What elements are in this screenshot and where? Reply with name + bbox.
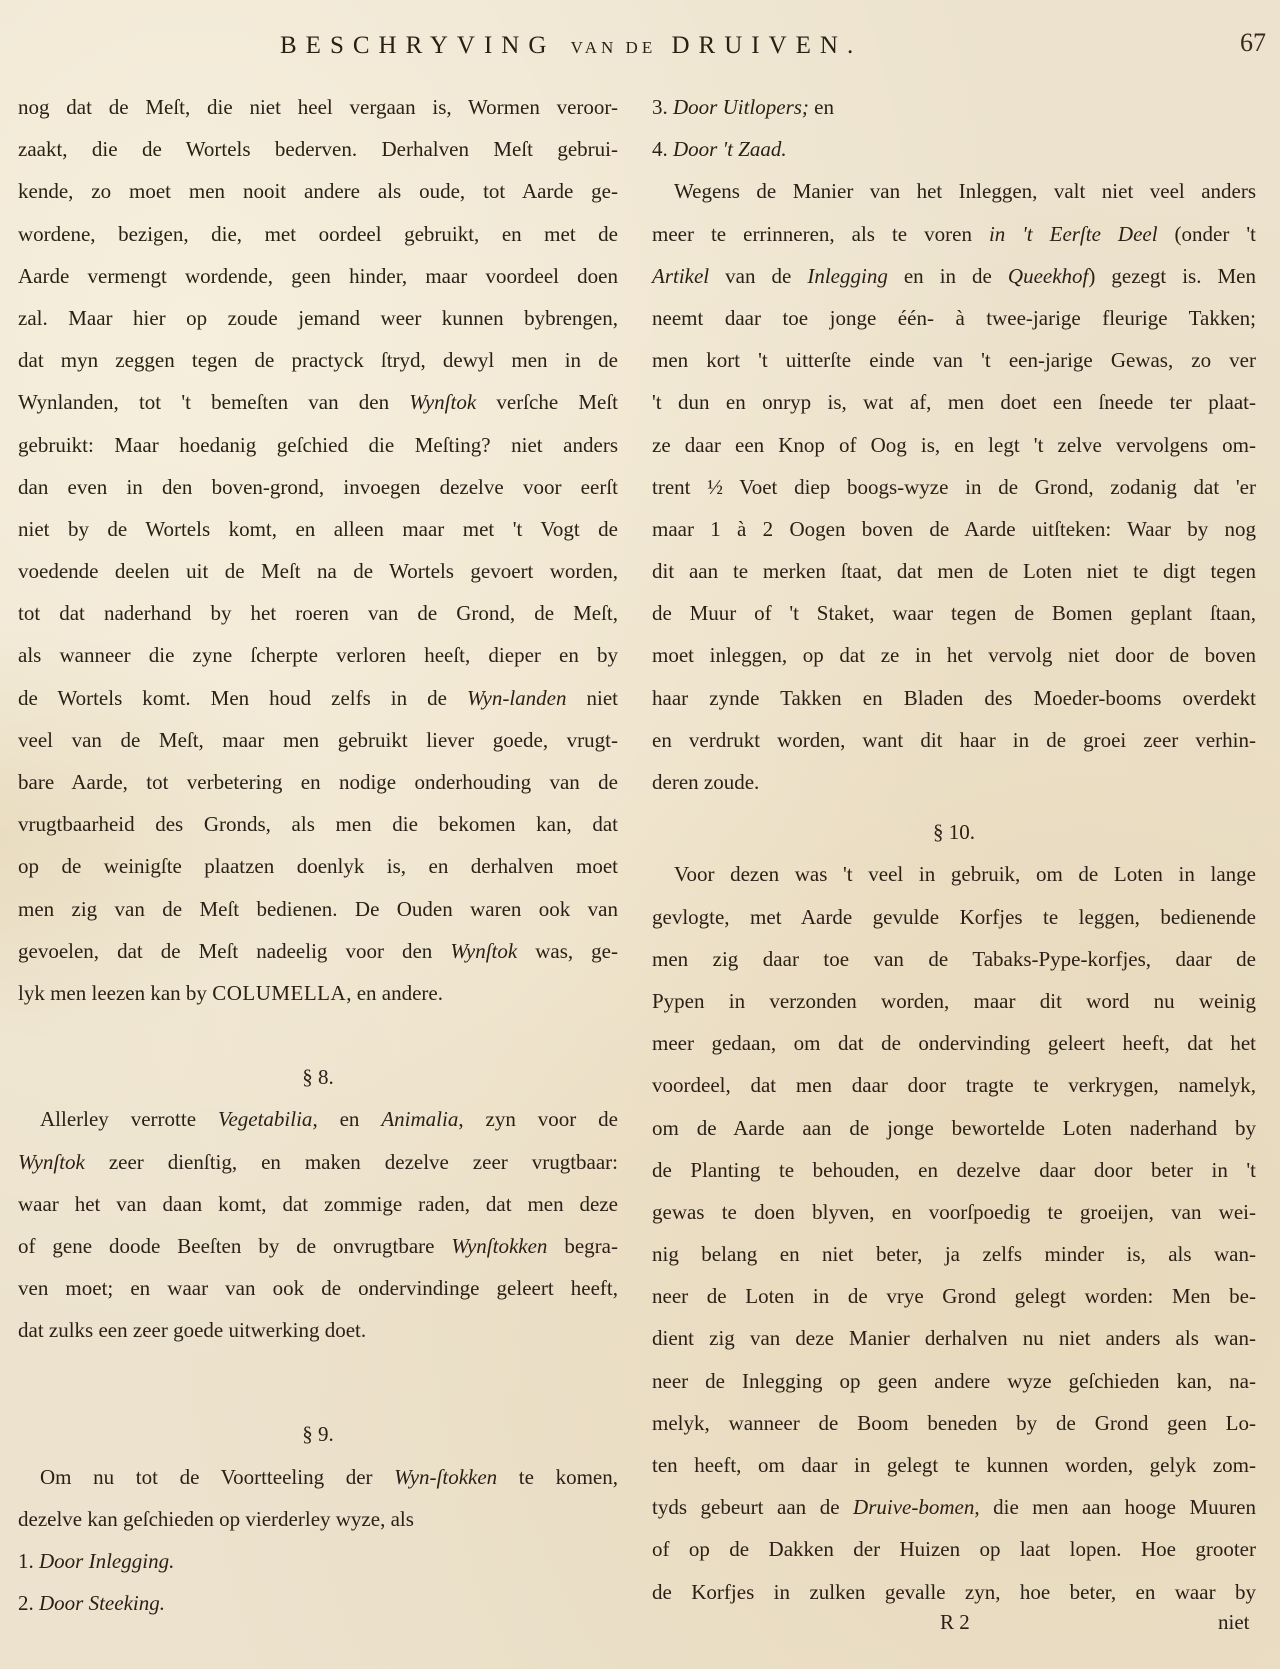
text-line: niet by de Wortels komt, en alleen maar …: [18, 508, 618, 550]
list-item: 2. Door Steeking.: [18, 1582, 618, 1624]
text-line: deren zoude.: [652, 761, 1256, 803]
text-line: en verdrukt worden, want dit haar in de …: [652, 719, 1256, 761]
text-line: kende, zo moet men nooit andere als oude…: [18, 170, 618, 212]
text-line: meer te errinneren, als te voren in 't E…: [652, 213, 1256, 255]
right-column: 3. Door Uitlopers; en4. Door 't Zaad. We…: [652, 86, 1256, 1613]
text-line: Pypen in verzonden worden, maar dit word…: [652, 980, 1256, 1022]
text-line: maar 1 à 2 Oogen boven de Aarde uitſteke…: [652, 508, 1256, 550]
text-line: gevlogte, met Aarde gevulde Korfjes te l…: [652, 896, 1256, 938]
text-line: tot dat naderhand by het roeren van de G…: [18, 592, 618, 634]
list-text: Door Steeking.: [39, 1591, 165, 1615]
text-line: neemt daar toe jonge één- à twee-jarige …: [652, 297, 1256, 339]
title-part-3: DRUIVEN.: [671, 32, 862, 59]
left-column: nog dat de Meſt, die niet heel vergaan i…: [18, 86, 618, 1624]
text-line: Om nu tot de Voortteeling der Wyn-ſtokke…: [18, 1456, 618, 1498]
section-heading-8: § 8.: [18, 1056, 618, 1098]
section-heading-10: § 10.: [652, 811, 1256, 853]
text-line: neer de Inlegging op geen andere wyze ge…: [652, 1360, 1256, 1402]
text-line: nog dat de Meſt, die niet heel vergaan i…: [18, 86, 618, 128]
text-line: neer de Loten in de vrye Grond gelegt wo…: [652, 1275, 1256, 1317]
text-line: ze daar een Knop of Oog is, en legt 't z…: [652, 424, 1256, 466]
text-line: men kort 't uitterſte einde van 't een-j…: [652, 339, 1256, 381]
text-line: haar zynde Takken en Bladen des Moeder-b…: [652, 677, 1256, 719]
text-line: dat zulks een zeer goede uitwerking doet…: [18, 1309, 618, 1351]
text-line: Wynſtok zeer dienſtig, en maken dezelve …: [18, 1141, 618, 1183]
signature-mark: R 2: [940, 1610, 970, 1635]
text-line: dient zig van deze Manier derhalven nu n…: [652, 1317, 1256, 1359]
text-line: melyk, wanneer de Boom beneden by de Gro…: [652, 1402, 1256, 1444]
page-number: 67: [1240, 28, 1266, 58]
list-item: 3. Door Uitlopers; en: [652, 86, 1256, 128]
text-line: nig belang en niet beter, ja zelfs minde…: [652, 1233, 1256, 1275]
text-line: de Muur of 't Staket, waar tegen de Bome…: [652, 592, 1256, 634]
text-line: moet inleggen, op dat ze in het vervolg …: [652, 634, 1256, 676]
text-line: de Planting te behouden, en dezelve daar…: [652, 1149, 1256, 1191]
text-line: veel van de Meſt, maar men gebruikt liev…: [18, 719, 618, 761]
text-line: wordene, bezigen, die, met oordeel gebru…: [18, 213, 618, 255]
list-text: Door Uitlopers;: [673, 95, 809, 119]
list-number: 2.: [18, 1591, 39, 1615]
text-line: Wegens de Manier van het Inleggen, valt …: [652, 170, 1256, 212]
text-line: voordeel, dat men daar door tragte te ve…: [652, 1064, 1256, 1106]
title-part-1: BESCHRYVING: [280, 32, 555, 59]
list-number: 4.: [652, 137, 673, 161]
paragraph-inlegging: Wegens de Manier van het Inleggen, valt …: [652, 170, 1256, 803]
text-line: voedende deelen uit de Meſt na de Wortel…: [18, 550, 618, 592]
list-item: 1. Door Inlegging.: [18, 1540, 618, 1582]
list-number: 3.: [652, 95, 673, 119]
running-title: BESCHRYVING VAN DE DRUIVEN.: [280, 32, 862, 60]
text-line: lyk men leezen kan by COLUMELLA, en ande…: [18, 972, 618, 1014]
text-line: dat myn zeggen tegen de practyck ſtryd, …: [18, 339, 618, 381]
text-line: Voor dezen was 't veel in gebruik, om de…: [652, 853, 1256, 895]
text-line: bare Aarde, tot verbetering en nodige on…: [18, 761, 618, 803]
text-line: Allerley verrotte Vegetabilia, en Animal…: [18, 1098, 618, 1140]
text-line: of gene doode Beeſten by de onvrugtbare …: [18, 1225, 618, 1267]
section-heading-9: § 9.: [18, 1413, 618, 1455]
propagation-list-continued: 3. Door Uitlopers; en4. Door 't Zaad.: [652, 86, 1256, 170]
text-line: ten heeft, om daar in gelegt te kunnen w…: [652, 1444, 1256, 1486]
text-line: dan even in den boven-grond, invoegen de…: [18, 466, 618, 508]
text-line: men zig daar toe van de Tabaks-Pype-korf…: [652, 938, 1256, 980]
paragraph-section-10: Voor dezen was 't veel in gebruik, om de…: [652, 853, 1256, 1612]
text-line: of op de Dakken der Huizen op laat lopen…: [652, 1528, 1256, 1570]
list-number: 1.: [18, 1549, 39, 1573]
text-line: gevoelen, dat de Meſt nadeelig voor den …: [18, 930, 618, 972]
text-line: gebruikt: Maar hoedanig geſchied die Meſ…: [18, 424, 618, 466]
text-line: dit aan te merken ſtaat, dat men de Lote…: [652, 550, 1256, 592]
text-line: vrugtbaarheid des Gronds, als men die be…: [18, 803, 618, 845]
text-line: ven moet; en waar van ook de ondervindin…: [18, 1267, 618, 1309]
paragraph-section-8: Allerley verrotte Vegetabilia, en Animal…: [18, 1098, 618, 1351]
list-text: Door 't Zaad.: [673, 137, 787, 161]
text-line: Wynlanden, tot 't bemeſten van den Wynſt…: [18, 381, 618, 423]
paragraph-section-9: Om nu tot de Voortteeling der Wyn-ſtokke…: [18, 1456, 618, 1540]
text-line: 't dun en onryp is, wat af, men doet een…: [652, 381, 1256, 423]
text-line: waar het van daan komt, dat zommige rade…: [18, 1183, 618, 1225]
propagation-list: 1. Door Inlegging.2. Door Steeking.: [18, 1540, 618, 1624]
text-line: dezelve kan geſchieden op vierderley wyz…: [18, 1498, 618, 1540]
text-line: trent ½ Voet diep boogs-wyze in de Grond…: [652, 466, 1256, 508]
running-header: BESCHRYVING VAN DE DRUIVEN. 67: [0, 28, 1280, 68]
text-line: gewas te doen blyven, en voorſpoedig te …: [652, 1191, 1256, 1233]
text-line: tyds gebeurt aan de Druive-bomen, die me…: [652, 1486, 1256, 1528]
title-part-2: VAN DE: [571, 38, 657, 57]
text-line: Aarde vermengt wordende, geen hinder, ma…: [18, 255, 618, 297]
text-line: de Wortels komt. Men houd zelfs in de Wy…: [18, 677, 618, 719]
list-item: 4. Door 't Zaad.: [652, 128, 1256, 170]
author-name: COLUMELLA: [212, 981, 346, 1005]
text-line: meer gedaan, om dat de ondervinding gele…: [652, 1022, 1256, 1064]
paragraph-manure: nog dat de Meſt, die niet heel vergaan i…: [18, 86, 618, 1014]
catchword: niet: [1218, 1610, 1250, 1635]
text-line: als wanneer die zyne ſcherpte verloren h…: [18, 634, 618, 676]
text-line: om de Aarde aan de jonge bewortelde Lote…: [652, 1107, 1256, 1149]
text-line: zaakt, die de Wortels bederven. Derhalve…: [18, 128, 618, 170]
list-text: Door Inlegging.: [39, 1549, 174, 1573]
text-line: zal. Maar hier op zoude jemand weer kunn…: [18, 297, 618, 339]
text-line: op de weinigſte plaatzen doenlyk is, en …: [18, 845, 618, 887]
text-line: men zig van de Meſt bedienen. De Ouden w…: [18, 888, 618, 930]
text-line: Artikel van de Inlegging en in de Queekh…: [652, 255, 1256, 297]
text-line: de Korfjes in zulken gevalle zyn, hoe be…: [652, 1571, 1256, 1613]
